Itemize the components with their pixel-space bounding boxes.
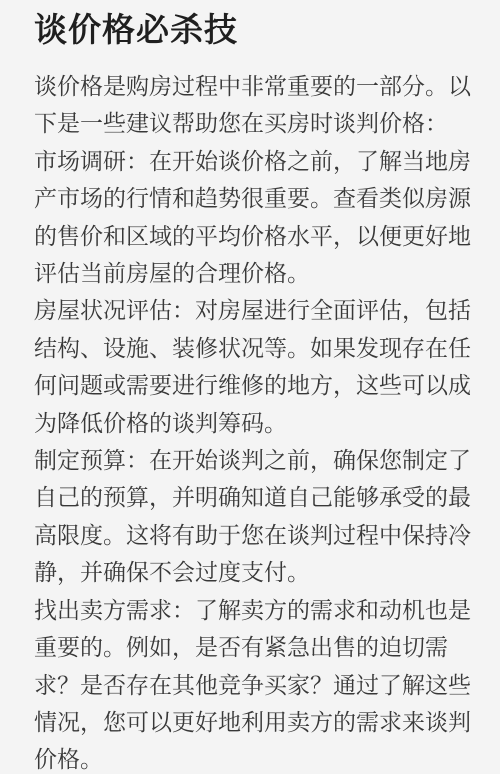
- paragraph-condition-assessment: 房屋状况评估：对房屋进行全面评估，包括结构、设施、装修状况等。如果发现存在任何问…: [34, 292, 474, 442]
- article-body: 谈价格是购房过程中非常重要的一部分。以下是一些建议帮助您在买房时谈判价格： 市场…: [34, 68, 474, 774]
- paragraph-seller-needs: 找出卖方需求：了解卖方的需求和动机也是重要的。例如，是否有紧急出售的迫切需求？是…: [34, 592, 474, 774]
- paragraph-market-research: 市场调研：在开始谈价格之前，了解当地房产市场的行情和趋势很重要。查看类似房源的售…: [34, 143, 474, 293]
- paragraph-budget: 制定预算：在开始谈判之前，确保您制定了自己的预算，并明确知道自己能够承受的最高限…: [34, 442, 474, 592]
- page-title: 谈价格必杀技: [34, 8, 474, 52]
- article-page: 谈价格必杀技 谈价格是购房过程中非常重要的一部分。以下是一些建议帮助您在买房时谈…: [0, 0, 500, 774]
- paragraph-intro: 谈价格是购房过程中非常重要的一部分。以下是一些建议帮助您在买房时谈判价格：: [34, 68, 474, 143]
